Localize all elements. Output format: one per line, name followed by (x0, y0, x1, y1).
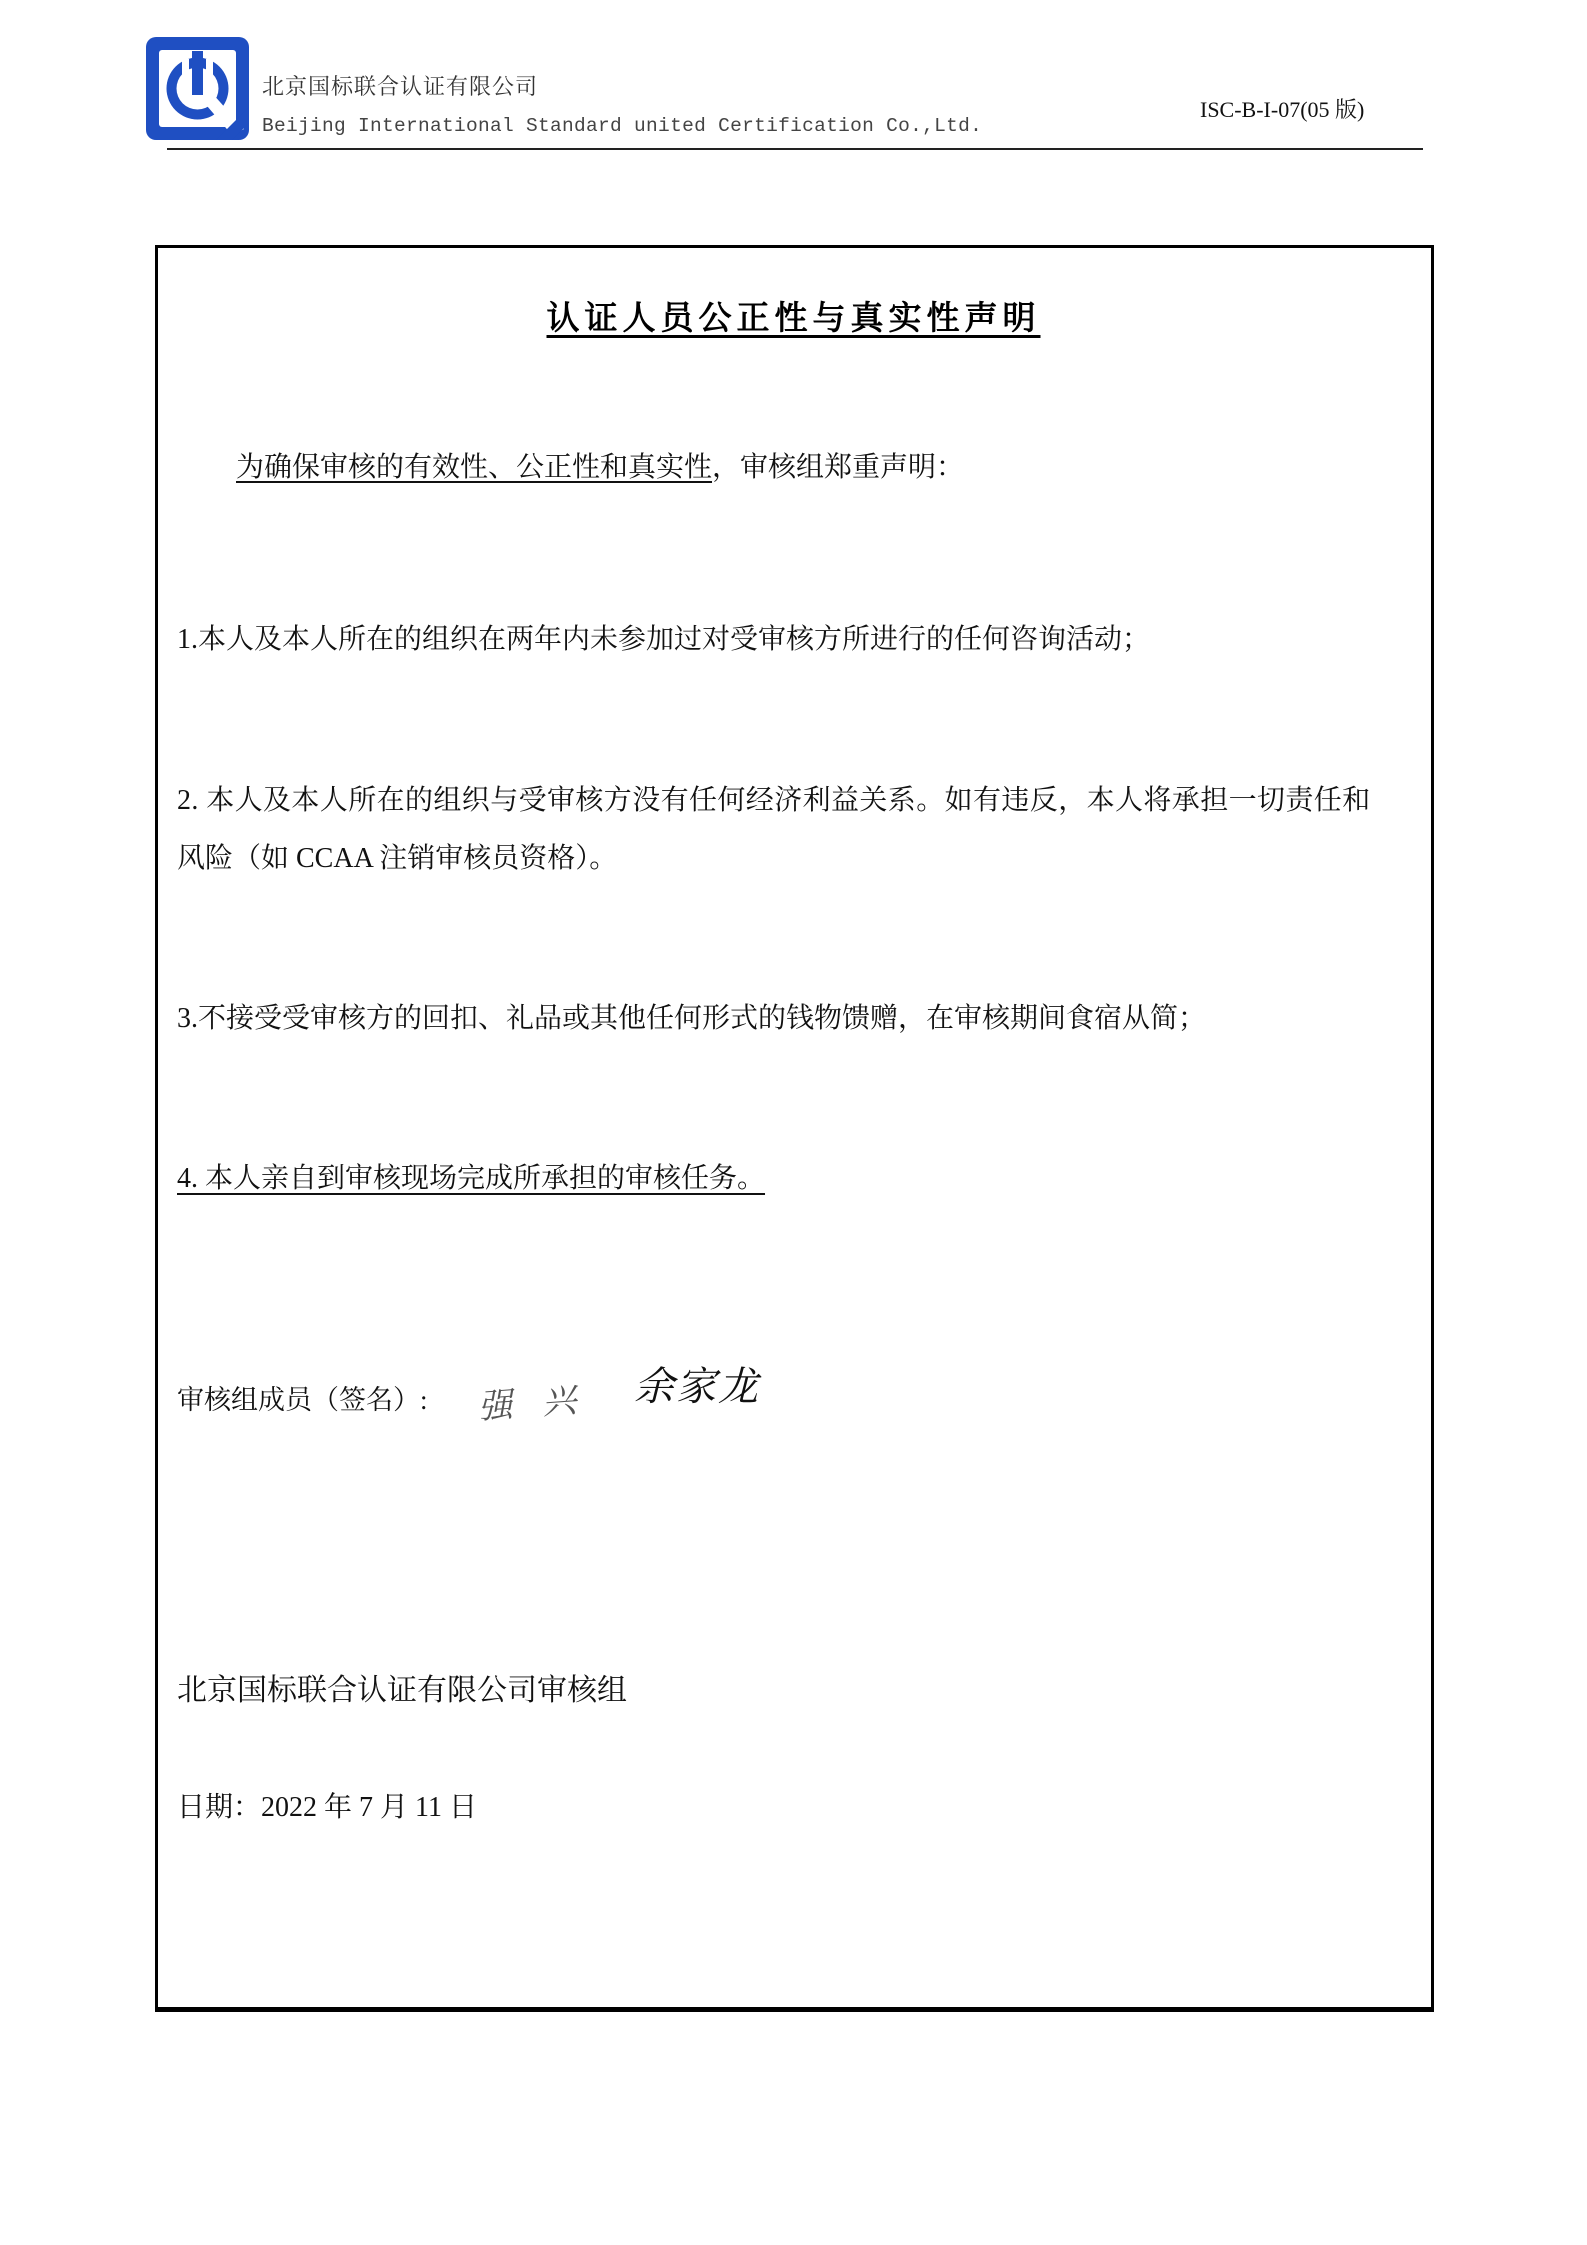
handwritten-signature-1: 强兴 (476, 1371, 607, 1429)
audit-team-organization: 北京国标联合认证有限公司审核组 (177, 1665, 627, 1709)
intro-rest: ，审核组郑重声明： (712, 452, 964, 483)
intro-underlined: 为确保审核的有效性、公正性和真实性 (236, 452, 712, 483)
declaration-item-2-line-2: 风险（如 CCAA 注销审核员资格）。 (177, 836, 617, 876)
handwritten-signature-2: 余家龙 (634, 1355, 760, 1412)
header-divider (167, 148, 1423, 150)
declaration-item-1: 1.本人及本人所在的组织在两年内未参加过对受审核方所进行的任何咨询活动； (177, 617, 1150, 657)
company-logo-icon (146, 37, 249, 140)
company-name-cn: 北京国标联合认证有限公司 (262, 70, 538, 101)
signature-label: 审核组成员（签名）: (177, 1378, 428, 1417)
company-name-en: Beijing International Standard united Ce… (262, 115, 982, 137)
document-title: 认证人员公正性与真实性声明 (547, 298, 1041, 337)
intro-statement: 为确保审核的有效性、公正性和真实性，审核组郑重声明： (236, 445, 964, 485)
declaration-frame (155, 245, 1434, 2012)
declaration-item-2-line-1: 2. 本人及本人所在的组织与受审核方没有任何经济利益关系。如有违反，本人将承担一… (177, 778, 1371, 818)
declaration-item-3: 3.不接受受审核方的回扣、礼品或其他任何形式的钱物馈赠，在审核期间食宿从简； (177, 996, 1206, 1036)
declaration-date: 日期：2022 年 7 月 11 日 (177, 1785, 477, 1825)
declaration-item-4: 4. 本人亲自到审核现场完成所承担的审核任务。 (177, 1156, 765, 1196)
document-code: ISC-B-I-07(05 版) (1200, 93, 1364, 124)
declaration-item-4-text: 4. 本人亲自到审核现场完成所承担的审核任务。 (177, 1163, 765, 1194)
document-title-container: 认证人员公正性与真实性声明 (0, 292, 1587, 339)
